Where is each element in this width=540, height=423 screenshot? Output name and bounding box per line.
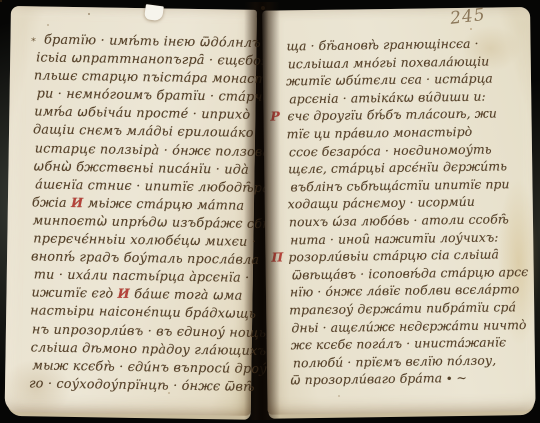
- rubric-initial: И: [117, 287, 130, 302]
- text-run: бжіа: [32, 195, 71, 211]
- text-run: арсєніа · атьіка́кѡ ви́диши и:: [289, 88, 486, 106]
- text-run: нїю · о́нжє ла́вїє поблви всєла́рто: [290, 281, 520, 299]
- text-run: истарцє ползьіра̀ · о́нжє ползова: [35, 141, 271, 160]
- text-run: поихъ ѡ́за любо́вь · атоли ссобѣ̑: [289, 211, 509, 229]
- text-run: щєлє, ста́рцьі арсє́нїи дєржи́ть: [288, 158, 507, 176]
- left-page-text: братїю · имѣ́ть інєю ѿдо́лнлъ ипаісьіа ѡ…: [30, 31, 290, 397]
- text-run: внопѣ́ градъ боу́таль просла́вла: [31, 249, 259, 268]
- text-run: ща · бѣ̈ановѣ̀ гранющінсєа ·: [286, 36, 478, 54]
- foxing-specks: [0, 0, 2, 2]
- text-run: тїє ци пра́вило монастьіро̀: [287, 124, 473, 142]
- right-page: 245 ща · бѣ̈ановѣ̀ гранющінсєа ·исльішал…: [262, 7, 536, 415]
- text-run: трапєзоу́ дєржа́ти пибра́тїи сра́: [289, 299, 516, 317]
- text-run: ри · нємно́гоимъ братїи · ста́рчєщь: [37, 87, 291, 106]
- text-run: мьіжє ста́рцю ма́тпа: [83, 196, 244, 214]
- rubric-initial: И: [71, 196, 84, 211]
- right-page-text: ща · бѣ̈ановѣ̀ гранющінсєа ·исльішал мно…: [286, 34, 527, 389]
- text-run: пльшє старцю пъіста́ра монастьі: [34, 69, 279, 88]
- paper-tear: [144, 4, 164, 21]
- text-run: ѿ прозорли́ваго бра́та ∙ ~: [290, 370, 467, 387]
- text-run: нита · инои̑ нажитїи лоу́чихъ:: [290, 229, 499, 247]
- text-run: братїю · имѣ́ть інєю ѿдо́лнлъ ипа: [35, 32, 290, 51]
- text-run: ти · иха́ли пастьі́рца а̀рсєнїа ·: [34, 268, 250, 286]
- text-run: а́шєнїа стниє · ипитїє любодѣ̑ра: [35, 177, 270, 196]
- text-run: ѡбнѡ̀ бжствєньі писа́нїи · ида̀: [33, 159, 249, 177]
- text-run: розорли́вьіи ста́рцю сіа сльіша̑: [288, 247, 499, 265]
- text-run: ѿвѣща́въ · ісоповѣ́да ста́рцю арсє: [292, 264, 529, 282]
- text-run: прєрєчє́нньіи холюбє́цѡ михєи ·: [33, 231, 256, 249]
- text-run: въблінъ сьбѣща́стїи ипитїє при: [290, 176, 509, 194]
- text-run: дащіи снємъ мла́дьі єрилоша́ко: [33, 123, 254, 141]
- text-run: ижитїє єго̀: [31, 286, 117, 302]
- text-run: минпоєтѡ̀ ипрѣ́дѡ изъбра́жє сбѣ: [33, 213, 274, 232]
- text-run: єчє дроугїи бѣ́бъ тла́соиѣ, жи: [287, 106, 497, 124]
- text-run: ісьіа ѡпраттнанопъгра̑ · єщєбожи: [36, 50, 284, 69]
- text-run: мыж ксєбѣ̀ · єди́нъ въпроси́ дроу́га: [32, 358, 281, 377]
- manuscript-photo: ∗ братїю · имѣ́ть інєю ѿдо́лнлъ ипаісьіа…: [0, 0, 540, 423]
- text-run: имѣ́а ѡбьіча́и просте́ · иприхо̀: [34, 105, 250, 123]
- manuscript-line: ѿ прозорли́ваго бра́та ∙ ~: [290, 368, 527, 389]
- text-run: исльішал мно́гьі похвала́ющіи: [288, 53, 490, 71]
- text-run: настьіри наісонє́пщи бра́дхѡщь: [30, 304, 256, 323]
- text-run: дньі · ащєли́жє нєдєржа́ти ничто̀: [291, 317, 526, 335]
- text-run: ба́шє тога̀ ѡма: [130, 287, 243, 304]
- folio-number: 245: [449, 5, 487, 29]
- text-run: ссоє бєзаро́са · ноєдиномоу́ть: [289, 141, 492, 159]
- text-run: ходащи ра́снємоу · исорми́и: [288, 194, 475, 212]
- left-page: ∗ братїю · имѣ́ть інєю ѿдо́лнлъ ипаісьіа…: [5, 6, 257, 416]
- text-run: полюби́ · прїємъ вєлїю по́лзоу,: [293, 352, 497, 370]
- text-run: житїє ѡби́тєли сєа · иста́рца: [286, 71, 493, 89]
- text-run: сльіша дѣмоно пра̀доу гла́ющихъ: [31, 340, 267, 359]
- text-run: го · соу́ходоу́прїнцѣ · о́нжє ѿвѣ̑: [29, 376, 255, 395]
- text-run: нъ ипрозорли́въ · въ єдиноу́ нощь,: [32, 322, 271, 341]
- text-run: жє ксєбє пога́лъ · иниста́жанїє: [291, 334, 507, 352]
